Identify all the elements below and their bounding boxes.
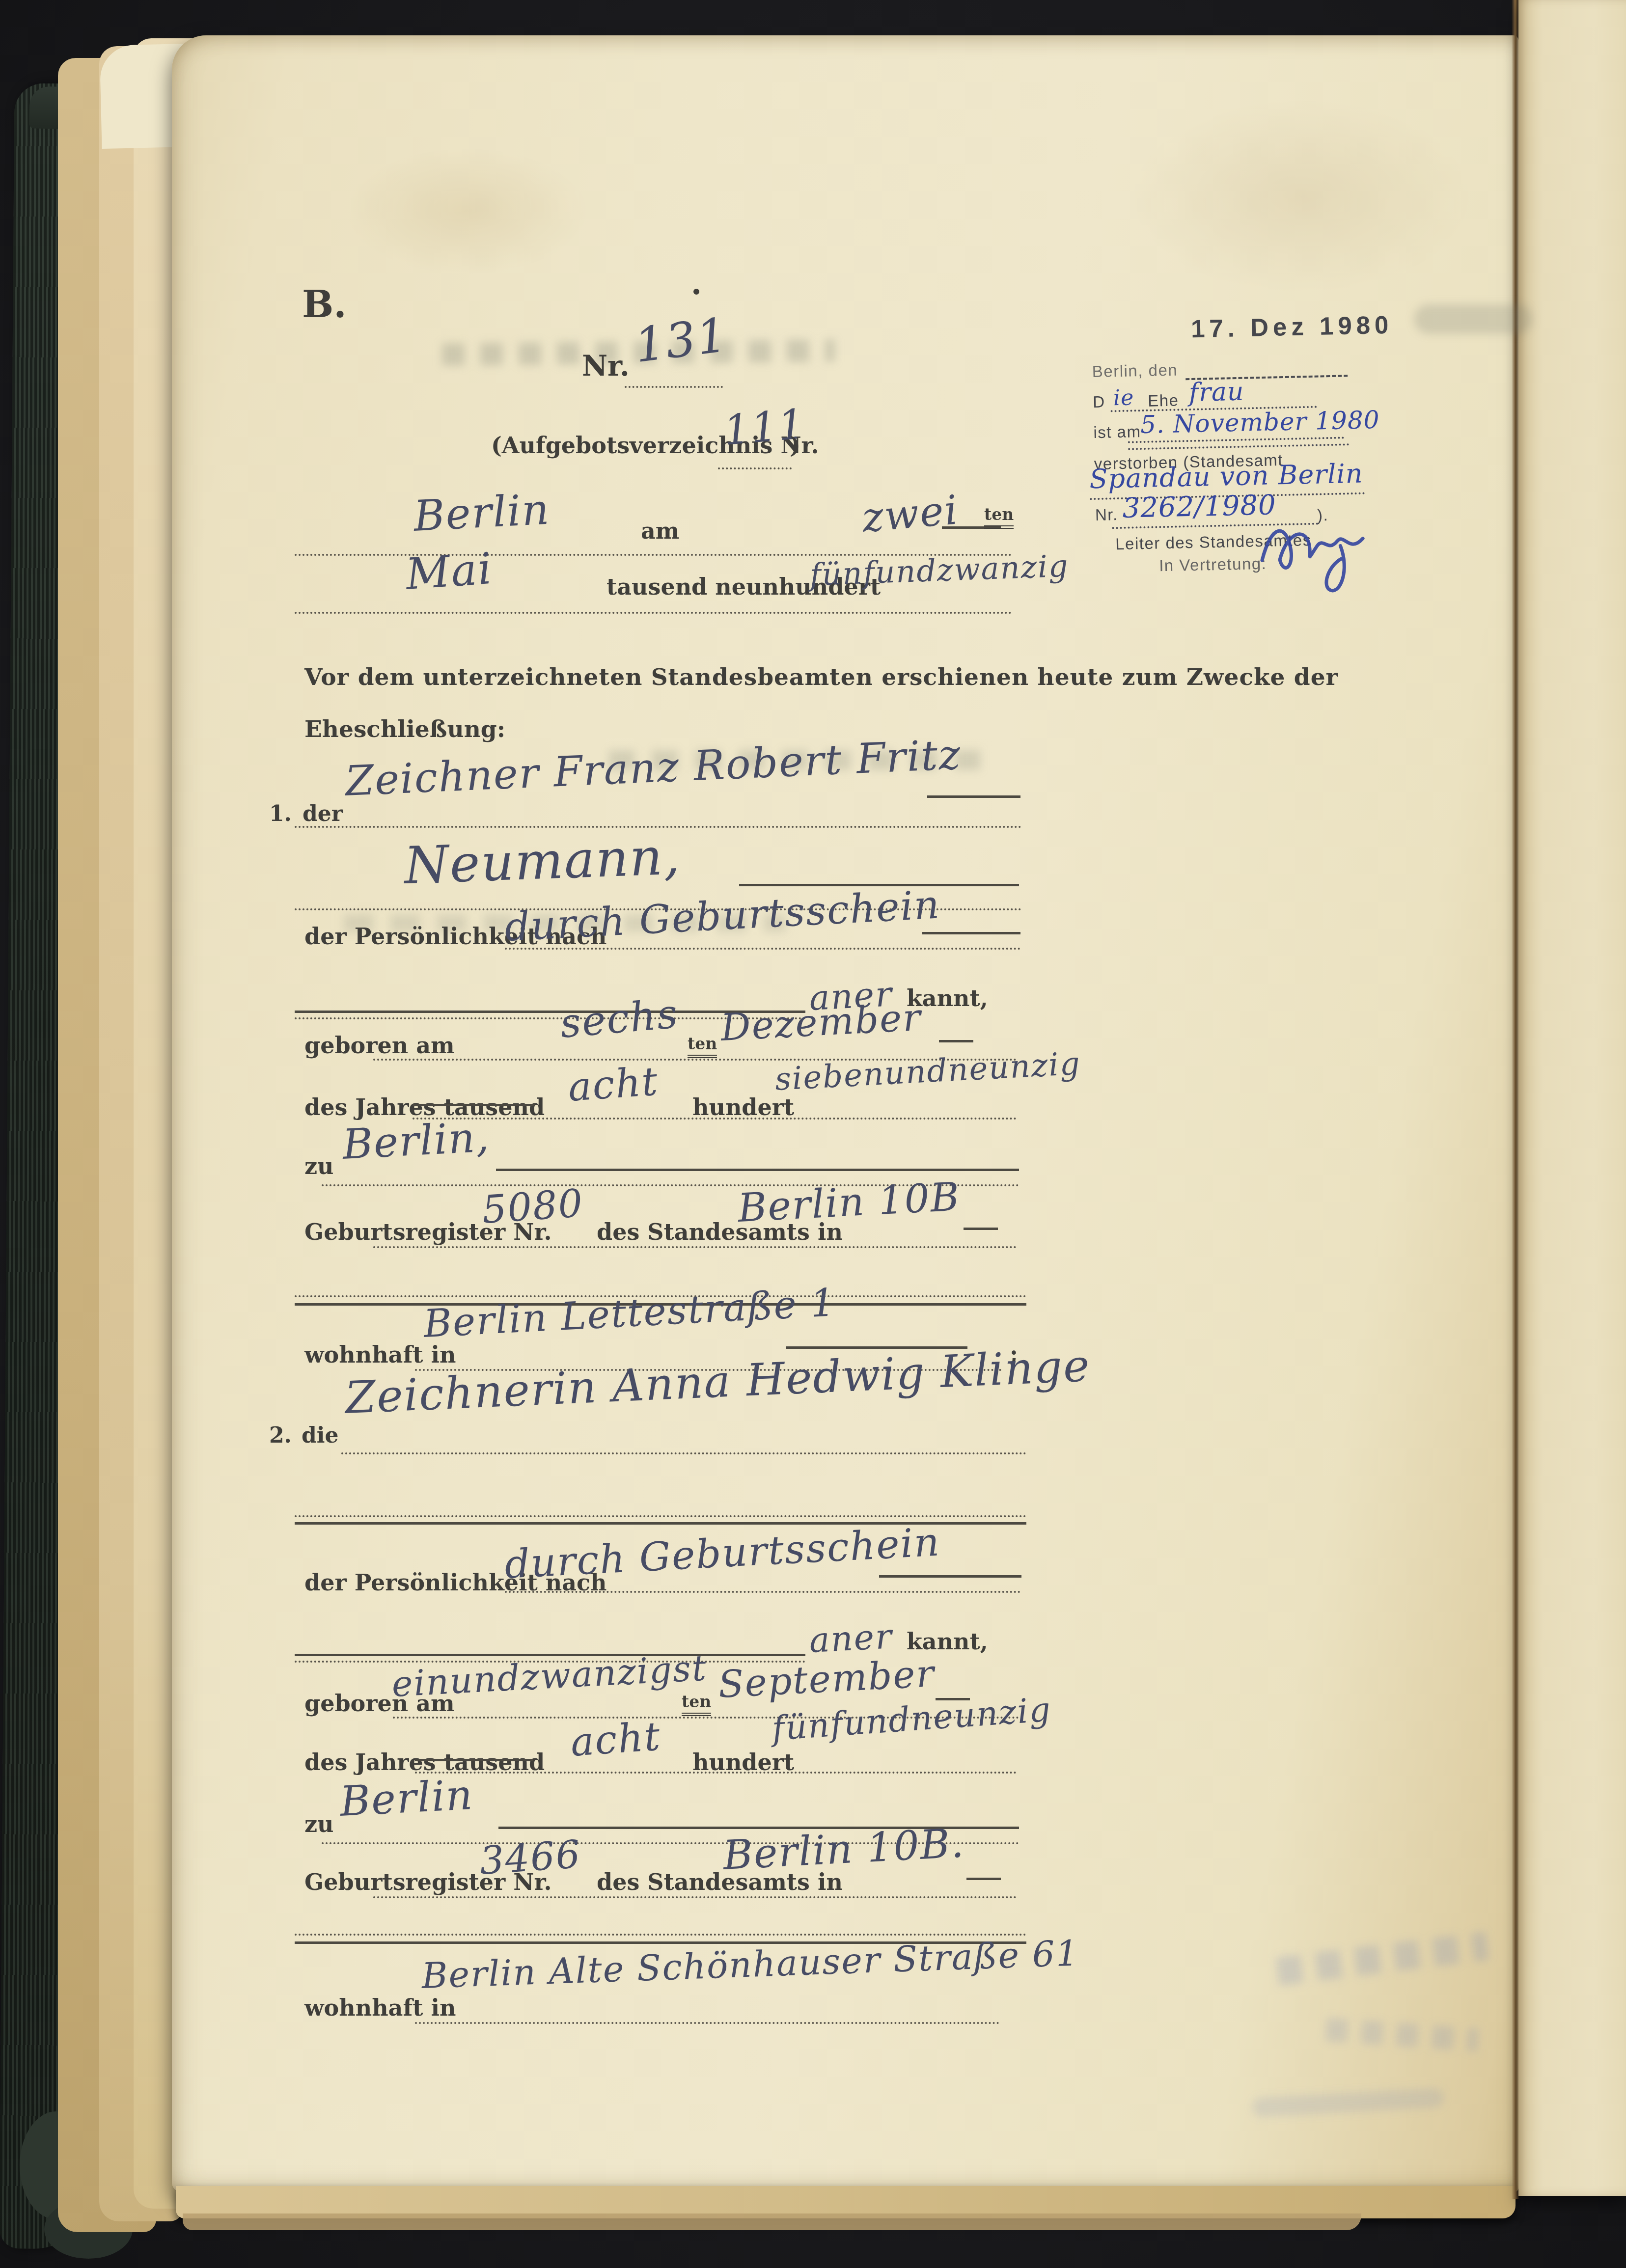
groom-born-day-suffix: ten [688,1034,717,1058]
record-city-value: Berlin [413,485,551,541]
fill-line [341,1452,1026,1454]
stamp-frau-fill: frau [1188,377,1244,408]
bride-article: die [302,1423,338,1448]
bride-birthplace: Berlin [339,1771,474,1826]
stamp-nr-label: Nr. [1095,505,1118,524]
bride-recognized-label: kannt, [907,1628,988,1655]
fill-line [496,1169,1019,1171]
intro-line1: Vor dem unterzeichneten Standesbeamten e… [304,664,1338,691]
stamp-standesamt-value: Spandau von Berlin [1089,458,1363,495]
death-note-stamp: Berlin, den D ie Ehe frau ist am 5. Nove… [1092,349,1381,585]
fill-line [505,948,1020,950]
fill-line [295,1934,1026,1936]
bride-residence-label: wohnhaft in [304,1995,456,2021]
bride-born-day-suffix: ten [682,1692,711,1716]
stamp-death-date-value: 5. November 1980 [1140,406,1380,439]
photo-of-register-book: B. Nr. 131 17. Dez 1980 Berlin, den D ie… [0,0,1626,2268]
record-month-value: Mai [404,543,494,600]
fill-line [373,1246,1017,1248]
stamp-place-label: Berlin, den [1092,360,1178,381]
bride-zu-label: zu [304,1811,334,1837]
groom-register-number: 5080 [481,1181,585,1232]
stamp-vertretung-label: In Vertretung: [1159,554,1267,575]
stamp-fill-line [1128,443,1349,450]
aufgebot-close-paren: ) [790,432,800,459]
groom-year-hundreds: acht [567,1058,660,1110]
record-day-value: zwei [860,487,961,542]
fill-dash [927,795,1020,798]
fill-line [295,612,1012,614]
date-stamp: 17. Dez 1980 [1190,310,1393,344]
pages-below-edge [183,2213,1361,2230]
fill-dash [415,1759,533,1761]
fill-dash [964,1228,998,1230]
fill-line [718,467,792,469]
fill-dash [966,1878,1001,1880]
fill-line [413,1118,1017,1120]
intro-line2: Eheschließung: [304,716,505,743]
fill-line [415,1772,1017,1774]
official-signature [1257,510,1406,611]
bride-year-hundreds: acht [569,1713,662,1765]
am-label: am [641,518,679,544]
fill-dash [413,1104,535,1106]
fill-line [373,1896,1017,1898]
next-page-surface [1518,0,1626,2196]
fill-dash [922,932,1020,934]
groom-birthplace: Berlin, [341,1113,491,1169]
groom-article: der [303,801,343,826]
groom-hundert-label: hundert [692,1094,794,1120]
stamp-register-number-value: 3262/1980 [1122,489,1276,524]
stamp-die-fill: ie [1113,385,1134,410]
fill-line [505,1591,1020,1593]
section-label-b: B. [302,282,347,326]
fill-line [295,1515,1026,1517]
groom-born-label: geboren am [304,1032,455,1059]
bride-register-number: 3466 [478,1832,582,1884]
stamp-ehe-label: Ehe [1148,391,1179,410]
record-number-label: Nr. [582,350,630,383]
groom-index: 1. [269,801,292,826]
fill-dash [879,1575,1021,1578]
bride-index: 2. [269,1423,292,1448]
stamp-die-prefix: D [1093,393,1105,412]
groom-surname: Neumann, [403,826,682,896]
groom-zu-label: zu [304,1153,334,1179]
stamp-ist-am-label: ist am [1093,422,1141,442]
record-number-value: 131 [632,307,730,373]
fill-line [625,386,723,388]
day-ordinal-suffix: ten [984,505,1014,529]
fill-line [415,2022,999,2024]
fill-dash [939,1040,973,1042]
